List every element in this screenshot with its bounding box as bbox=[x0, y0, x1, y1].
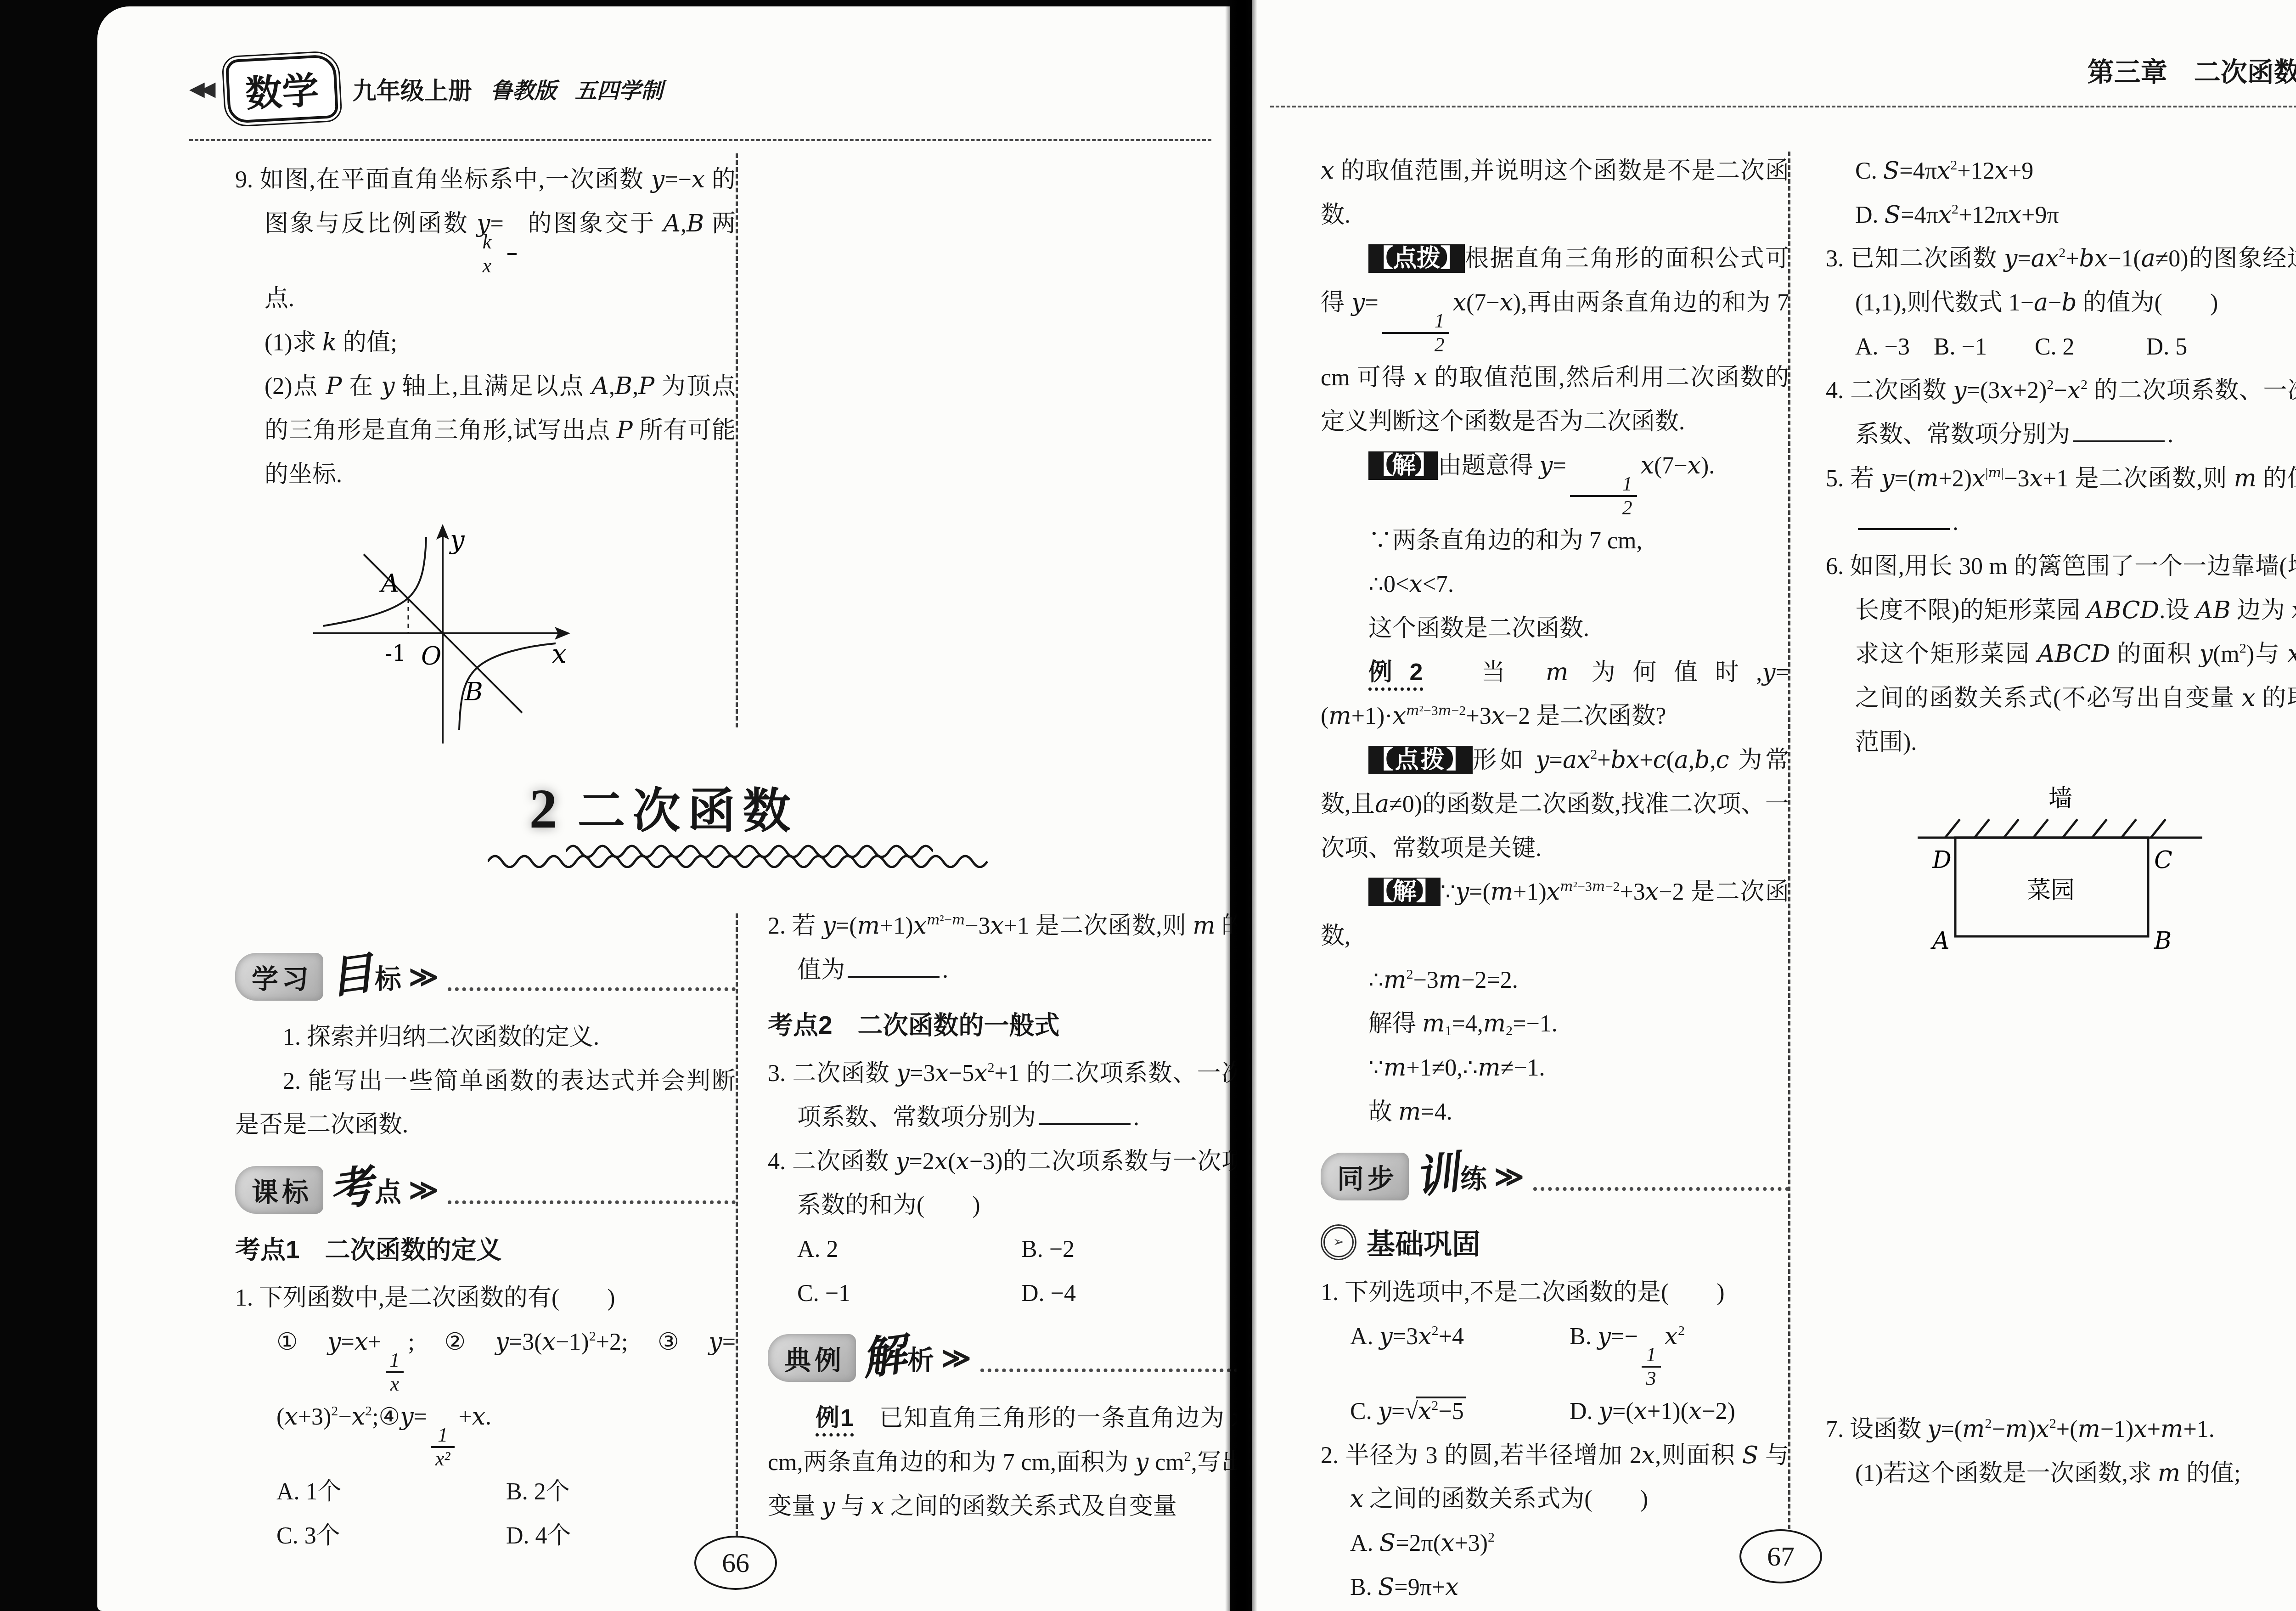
chevrons-icon: ≫ bbox=[941, 1341, 971, 1375]
train-question-5: 5. 若 y=(m+2)x|m|−3x+1 是二次函数,则 m 的值为. bbox=[1826, 457, 2296, 545]
train-q1-options-row2: C. y=√x2−5 D. y=(x+1)(x−2) bbox=[1321, 1390, 1789, 1434]
column-divider bbox=[736, 913, 738, 1543]
train-question-2: 2. 半径为 3 的圆,若半径增加 2x,则面积 S 与 x 之间的函数关系式为… bbox=[1321, 1434, 1789, 1521]
train-question-1: 1. 下列选项中,不是二次函数的是( ) bbox=[1321, 1271, 1789, 1315]
subject-logo: 数学 bbox=[225, 54, 338, 124]
page-number-text: 67 bbox=[1767, 1541, 1795, 1572]
question-1-math: ①y=x+1x;②y=3(x−1)2+2;③y=(x+3)2−x2;④y=1x²… bbox=[235, 1320, 736, 1470]
page-number-67: 67 bbox=[1739, 1529, 1822, 1583]
example-2-solution: 【解】∵y=(m+1)xm²−3m−2+3x−2 是二次函数, bbox=[1321, 870, 1789, 958]
keypoint-1-heading: 考点1 二次函数的定义 bbox=[235, 1229, 736, 1270]
option-a: A. y=3x2+4 bbox=[1350, 1315, 1570, 1390]
badge-text: 练 bbox=[1460, 1157, 1487, 1196]
column-divider bbox=[736, 153, 738, 727]
graph-y-label: y bbox=[449, 525, 465, 555]
wall-label: 墙 bbox=[2048, 785, 2072, 812]
train-question-4: 4. 二次函数 y=(3x+2)2−x2 的二次项系数、一次项系数、常数项分别为… bbox=[1826, 369, 2296, 456]
badge-text: 点 bbox=[375, 1171, 401, 1209]
right-page: 第三章 二次函数 ▶▶ x 的取值范围,并说明这个函数是不是二次函数. 【点拨】… bbox=[1252, 0, 2296, 1611]
train-question-3: 3. 已知二次函数 y=ax2+bx−1(a≠0)的图象经过点(1,1),则代数… bbox=[1826, 237, 2296, 325]
question-4: 4. 二次函数 y=2x(x−3)的二次项系数与一次项系数的和为( ) bbox=[768, 1140, 1245, 1228]
question-1: 1. 下列函数中,是二次函数的有( ) bbox=[235, 1276, 736, 1320]
option-b: B. −2 bbox=[1021, 1228, 1245, 1272]
option-c: C. S=4πx2+12x+9 bbox=[1826, 149, 2296, 193]
learning-goals-badge: 学习 目 标 ≫ bbox=[235, 950, 736, 1003]
page-number-66: 66 bbox=[694, 1536, 777, 1590]
badge-box: 同步 bbox=[1321, 1153, 1409, 1200]
chevrons-icon: ≫ bbox=[1494, 1160, 1524, 1194]
dotted-rule bbox=[980, 1366, 1245, 1372]
option-a: A. S=2π(x+3)2 bbox=[1321, 1521, 1789, 1566]
question-3: 3. 二次函数 y=3x−5x2+1 的二次项系数、一次项系数、常数项分别为. bbox=[768, 1052, 1245, 1139]
train-question-7-part1: (1)若这个函数是一次函数,求 m 的值; bbox=[1826, 1452, 2296, 1496]
example-2: 例2 当 m 为何值时,y=(m+1)·xm²−3m−2+3x−2 是二次函数? bbox=[1321, 651, 1789, 738]
example-1-continuation: x 的取值范围,并说明这个函数是不是二次函数. bbox=[1321, 149, 1789, 237]
badge-calligraphy: 考 bbox=[325, 1151, 377, 1219]
solution-step: ∵两条直角边的和为 7 cm, bbox=[1321, 519, 1789, 563]
basic-consolidation-title: 基础巩固 bbox=[1367, 1222, 1480, 1262]
left-page: ◀◀ 数学 九年级上册 鲁教版 五四学制 9. 如图,在平面直角坐标系中,一次函… bbox=[97, 6, 1230, 1611]
option-b: B. y=−13x2 bbox=[1570, 1315, 1789, 1390]
option-a: A. 2 bbox=[797, 1228, 1021, 1272]
question-9-block: 9. 如图,在平面直角坐标系中,一次函数 y=−x 的图象与反比例函数 y=kx… bbox=[235, 158, 736, 752]
badge-text: 析 bbox=[907, 1339, 934, 1377]
section-name: 二次函数 bbox=[577, 785, 798, 838]
book-scan: ◀◀ 数学 九年级上册 鲁教版 五四学制 9. 如图,在平面直角坐标系中,一次函… bbox=[0, 0, 2296, 1611]
right-page-left-column: x 的取值范围,并说明这个函数是不是二次函数. 【点拨】根据直角三角形的面积公式… bbox=[1321, 149, 1789, 1609]
left-column-bottom: 学习 目 标 ≫ 1. 探索并归纳二次函数的定义. 2. 能写出一些简单函数的表… bbox=[235, 934, 736, 1558]
left-arrows-icon: ◀◀ bbox=[189, 77, 211, 101]
question-4-options-row2: C. −1 D. −4 bbox=[768, 1272, 1245, 1316]
goal-1: 1. 探索并归纳二次函数的定义. bbox=[235, 1015, 736, 1059]
badge-calligraphy: 训 bbox=[1410, 1138, 1463, 1206]
edition-label: 鲁教版 bbox=[490, 73, 557, 105]
example-1-solution: 【解】由题意得 y=12x(7−x). bbox=[1321, 444, 1789, 519]
right-page-header: 第三章 二次函数 ▶▶ bbox=[1270, 51, 2296, 107]
solution-step: 这个函数是二次函数. bbox=[1321, 607, 1789, 651]
dotted-rule bbox=[448, 985, 736, 991]
solution-step: ∴m2−3m−2=2. bbox=[1321, 958, 1789, 1003]
train-question-7-block: 7. 设函数 y=(m2−m)x2+(m−1)x+m+1. (1)若这个函数是一… bbox=[1826, 1408, 2296, 1495]
graph-origin-label: O bbox=[421, 642, 441, 670]
basic-consolidation-heading: ➢ 基础巩固 bbox=[1321, 1222, 1789, 1262]
book-spine-shadow bbox=[1225, 0, 1257, 1611]
chevrons-icon: ≫ bbox=[409, 960, 439, 994]
graph-point-a-label: A bbox=[379, 569, 399, 598]
page-number-text: 66 bbox=[722, 1547, 749, 1579]
question-4-options-row1: A. 2 B. −2 bbox=[768, 1228, 1245, 1272]
option-c: C. y=√x2−5 bbox=[1350, 1390, 1570, 1434]
right-page-right-column: C. S=4πx2+12x+9 D. S=4πx2+12πx+9π 3. 已知二… bbox=[1826, 149, 2296, 971]
example-1-hint: 【点拨】根据直角三角形的面积公式可得 y=12x(7−x),再由两条直角边的和为… bbox=[1321, 237, 1789, 444]
option-d: D. y=(x+1)(x−2) bbox=[1570, 1390, 1789, 1434]
solution-step: ∴0<x<7. bbox=[1321, 563, 1789, 607]
option-b: B. 2个 bbox=[506, 1470, 736, 1514]
train-q3-options: A. −3 B. −1 C. 2 D. 5 bbox=[1826, 325, 2296, 369]
train-question-6: 6. 如图,用长 30 m 的篱笆围了一个一边靠墙(墙的长度不限)的矩形菜园 A… bbox=[1826, 545, 2296, 764]
question-2: 2. 若 y=(m+1)xm²−m−3x+1 是二次函数,则 m 的值为. bbox=[768, 904, 1245, 992]
example-1: 例1 已知直角三角形的一条直角边为 x cm,两条直角边的和为 7 cm,面积为… bbox=[768, 1397, 1245, 1528]
graph-x-label: x bbox=[552, 639, 567, 669]
left-page-right-column: 2. 若 y=(m+1)xm²−m−3x+1 是二次函数,则 m 的值为. 考点… bbox=[768, 904, 1245, 1528]
keypoint-2-heading: 考点2 二次函数的一般式 bbox=[768, 1005, 1245, 1045]
badge-box: 课标 bbox=[235, 1166, 323, 1214]
exam-points-badge: 课标 考 点 ≫ bbox=[235, 1163, 736, 1217]
question-9-part1: (1)求 k 的值; bbox=[235, 321, 736, 365]
goal-2: 2. 能写出一些简单函数的表达式并会判断是否是二次函数. bbox=[235, 1059, 736, 1147]
question-9: 9. 如图,在平面直角坐标系中,一次函数 y=−x 的图象与反比例函数 y=kx… bbox=[235, 158, 736, 321]
dotted-rule bbox=[448, 1198, 736, 1204]
option-a: A. 1个 bbox=[276, 1470, 506, 1514]
coordinate-graph: y x O A B -1 bbox=[304, 513, 589, 752]
question-1-options-row1: A. 1个 B. 2个 bbox=[235, 1470, 736, 1514]
corner-c-label: C bbox=[2154, 846, 2172, 874]
solution-step: 故 m=4. bbox=[1321, 1090, 1789, 1134]
grade-label: 九年级上册 bbox=[353, 72, 472, 106]
graph-tick-minus1: -1 bbox=[385, 641, 406, 666]
sync-training-badge: 同步 训 练 ≫ bbox=[1321, 1149, 1789, 1203]
corner-b-label: B bbox=[2154, 927, 2172, 955]
corner-d-label: D bbox=[1932, 846, 1952, 874]
corner-a-label: A bbox=[1930, 927, 1950, 955]
option-c: C. 3个 bbox=[276, 1514, 506, 1558]
badge-calligraphy: 目 bbox=[325, 938, 377, 1006]
option-d: D. S=4πx2+12πx+9π bbox=[1826, 193, 2296, 237]
example-2-hint: 【点拨】形如 y=ax2+bx+c(a,b,c 为常数,且a≠0)的函数是二次函… bbox=[1321, 738, 1789, 870]
circle-arrow-icon: ➢ bbox=[1321, 1224, 1356, 1260]
solution-step: ∵m+1≠0,∴m≠−1. bbox=[1321, 1046, 1789, 1090]
graph-point-b-label: B bbox=[464, 677, 483, 706]
system-label: 五四学制 bbox=[575, 73, 663, 105]
badge-box: 典例 bbox=[768, 1334, 856, 1382]
garden-diagram: 墙 D C A B 菜园 bbox=[1904, 778, 2216, 971]
chevrons-icon: ≫ bbox=[409, 1173, 439, 1207]
option-b: B. S=9π+x bbox=[1321, 1566, 1789, 1610]
train-question-7: 7. 设函数 y=(m2−m)x2+(m−1)x+m+1. bbox=[1826, 1408, 2296, 1452]
train-q1-options-row1: A. y=3x2+4 B. y=−13x2 bbox=[1321, 1315, 1789, 1390]
example-analysis-badge: 典例 解 析 ≫ bbox=[768, 1331, 1245, 1385]
dotted-rule bbox=[1533, 1184, 1789, 1191]
section-title: 2二次函数 bbox=[97, 772, 1230, 868]
wavy-underline bbox=[488, 850, 988, 868]
chapter-label: 第三章 二次函数 bbox=[2088, 57, 2296, 87]
solution-step: 解得 m1=4,m2=−1. bbox=[1321, 1002, 1789, 1046]
option-c: C. −1 bbox=[797, 1272, 1021, 1316]
question-1-options-row2: C. 3个 D. 4个 bbox=[235, 1514, 736, 1558]
badge-box: 学习 bbox=[235, 953, 323, 1001]
section-number: 2 bbox=[529, 778, 557, 840]
left-page-header: ◀◀ 数学 九年级上册 鲁教版 五四学制 bbox=[189, 57, 1211, 141]
garden-label: 菜园 bbox=[2027, 877, 2075, 904]
question-9-part2: (2)点 P 在 y 轴上,且满足以点 A,B,P 为顶点的三角形是直角三角形,… bbox=[235, 365, 736, 496]
option-d: D. −4 bbox=[1021, 1272, 1245, 1316]
badge-calligraphy: 解 bbox=[857, 1319, 910, 1387]
badge-text: 标 bbox=[375, 958, 401, 996]
